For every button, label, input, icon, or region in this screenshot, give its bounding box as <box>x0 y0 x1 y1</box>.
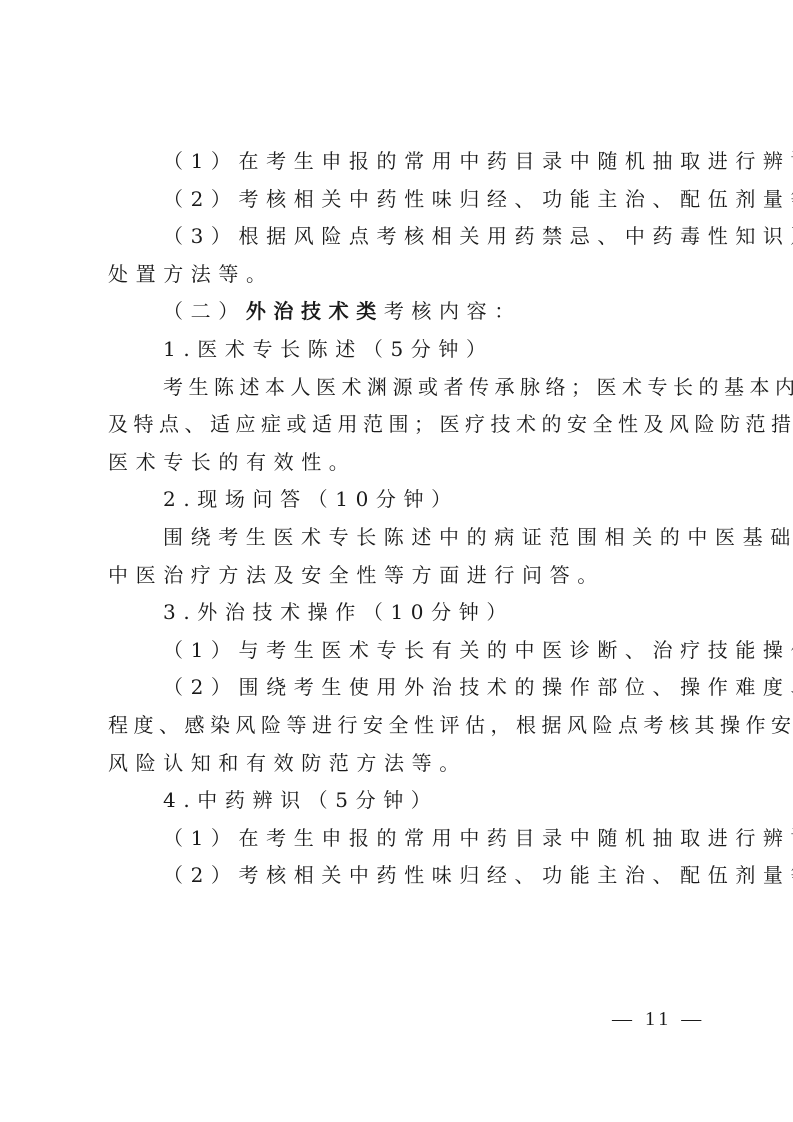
paragraph-line: （1）与考生医术专长有关的中医诊断、治疗技能操作； <box>108 632 692 670</box>
paragraph-line: （1）在考生申报的常用中药目录中随机抽取进行辨识； <box>108 820 692 858</box>
paragraph-line: 中医治疗方法及安全性等方面进行问答。 <box>108 557 692 595</box>
item-title: 3.外治技术操作（10分钟） <box>108 594 692 632</box>
paragraph-line: （2）考核相关中药性味归经、功能主治、配伍剂量等； <box>108 181 692 219</box>
paragraph-line: 程度、感染风险等进行安全性评估，根据风险点考核其操作安全 <box>108 707 692 745</box>
page-number: — 11 — <box>612 1008 705 1031</box>
section-heading: （二）外治技术类考核内容： <box>108 293 692 331</box>
section-heading-suffix: 考核内容： <box>384 299 522 323</box>
paragraph-line: 处置方法等。 <box>108 256 692 294</box>
item-title: 2.现场问答（10分钟） <box>108 481 692 519</box>
item-title: 4.中药辨识（5分钟） <box>108 782 692 820</box>
item-title: 1.医术专长陈述（5分钟） <box>108 331 692 369</box>
paragraph-line: （2）考核相关中药性味归经、功能主治、配伍剂量等； <box>108 857 692 895</box>
section-heading-bold: 外治技术类 <box>246 299 384 323</box>
paragraph-line: （1）在考生申报的常用中药目录中随机抽取进行辨识； <box>108 143 692 181</box>
document-body: （1）在考生申报的常用中药目录中随机抽取进行辨识； （2）考核相关中药性味归经、… <box>108 143 692 895</box>
paragraph-line: （2）围绕考生使用外治技术的操作部位、操作难度、创伤 <box>108 669 692 707</box>
paragraph-line: 风险认知和有效防范方法等。 <box>108 745 692 783</box>
section-heading-prefix: （二） <box>163 299 246 323</box>
paragraph-line: （3）根据风险点考核相关用药禁忌、中药毒性知识及解毒 <box>108 218 692 256</box>
paragraph-line: 及特点、适应症或适用范围；医疗技术的安全性及风险防范措施； <box>108 406 692 444</box>
paragraph-line: 医术专长的有效性。 <box>108 444 692 482</box>
paragraph-line: 考生陈述本人医术渊源或者传承脉络；医术专长的基本内容 <box>108 369 692 407</box>
paragraph-line: 围绕考生医术专长陈述中的病证范围相关的中医基础知识、 <box>108 519 692 557</box>
